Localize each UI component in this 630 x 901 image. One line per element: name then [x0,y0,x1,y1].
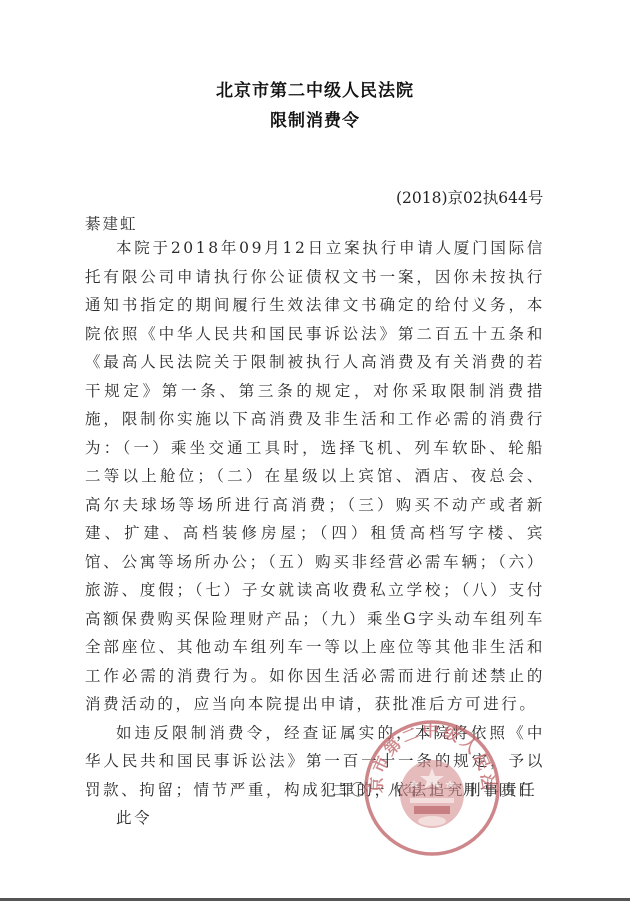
document-title: 限制消费令 [0,106,630,131]
paragraph-order: 本院于2018年09月12日立案执行申请人厦门国际信托有限公司申请执行你公证债权… [85,234,545,719]
document-page: 北京市第二中级人民法院 限制消费令 (2018)京02执644号 綦建虹 本院于… [0,0,630,898]
closing-text: 此令 [85,804,545,833]
addressee: 綦建虹 [85,212,138,234]
court-name: 北京市第二中级人民法院 [0,76,630,101]
issue-date: 二〇一八年十一月十四日 [332,778,536,800]
case-number: (2018)京02执644号 [396,186,543,208]
document-body: 本院于2018年09月12日立案执行申请人厦门国际信托有限公司申请执行你公证债权… [85,234,545,833]
